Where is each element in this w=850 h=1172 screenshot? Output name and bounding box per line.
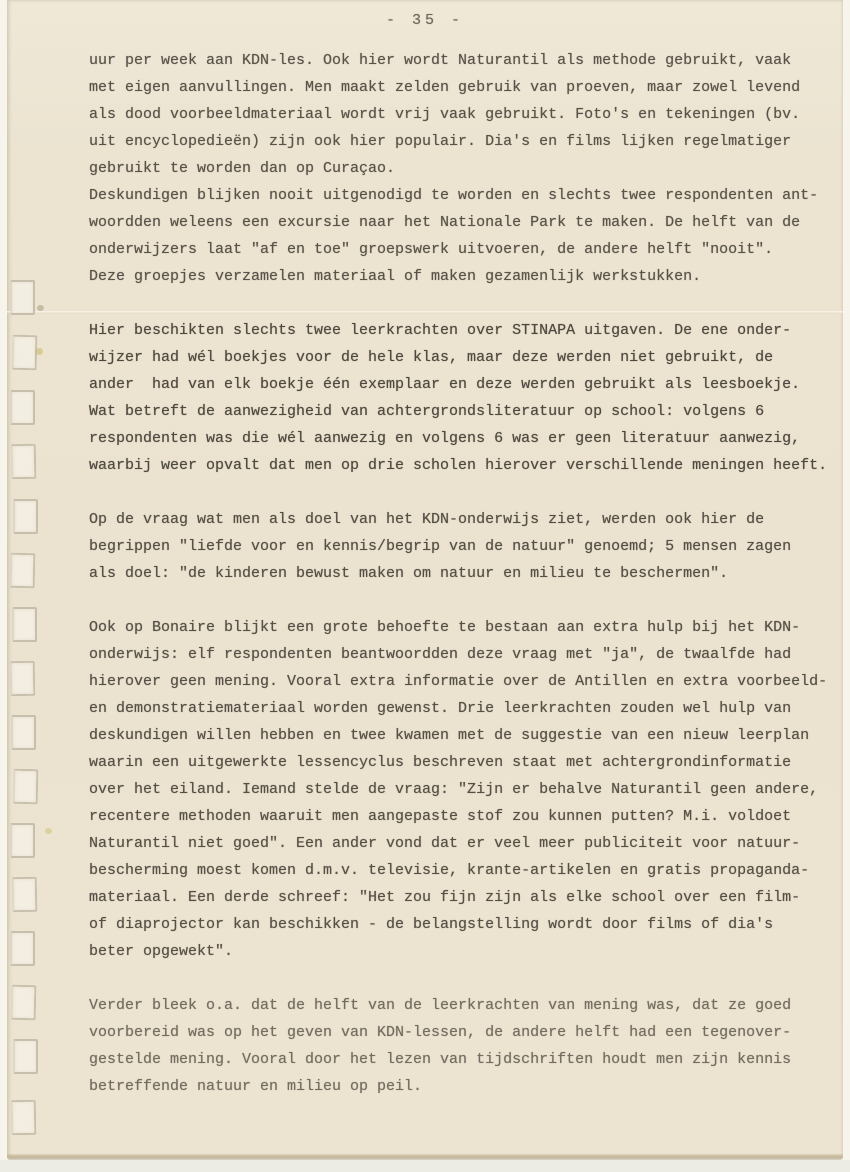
text-line: wijzer had wél boekjes voor de hele klas… (89, 344, 849, 371)
binding-hole (13, 499, 38, 534)
text-line: Naturantil niet goed". Een ander vond da… (89, 830, 849, 857)
text-line: als dood voorbeeldmateriaal wordt vrij v… (89, 101, 849, 128)
text-line: uit encyclopedieën) zijn ook hier popula… (89, 128, 849, 155)
paper-speck (102, 465, 106, 468)
binding-hole (10, 390, 35, 425)
paragraph: Ook op Bonaire blijkt een grote behoefte… (89, 614, 849, 965)
paper-sheet: - 35 - uur per week aan KDN-les. Ook hie… (7, 0, 843, 1157)
paragraph: uur per week aan KDN-les. Ook hier wordt… (89, 47, 849, 290)
binding-hole (10, 661, 36, 696)
paper-speck (37, 305, 44, 311)
paragraph: Verder bleek o.a. dat de helft van de le… (89, 992, 849, 1100)
text-line: onderwijzers laat "af en toe" groepswerk… (89, 236, 849, 263)
text-line: gestelde mening. Vooral door het lezen v… (89, 1046, 849, 1073)
binding-hole (10, 931, 35, 966)
binding-hole (13, 769, 39, 805)
binding-hole (10, 823, 35, 858)
paragraph: Hier beschikten slechts twee leerkrachte… (89, 317, 849, 479)
text-line: uur per week aan KDN-les. Ook hier wordt… (89, 47, 849, 74)
text-line: betreffende natuur en milieu op peil. (89, 1073, 849, 1100)
text-line: bescherming moest komen d.m.v. televisie… (89, 857, 849, 884)
binding-hole (12, 607, 37, 642)
binding-hole (11, 985, 37, 1021)
text-line: met eigen aanvullingen. Men maakt zelden… (89, 74, 849, 101)
binding-hole (10, 553, 36, 589)
text-line: als doel: "de kinderen bewust maken om n… (89, 560, 849, 587)
text-line: Op de vraag wat men als doel van het KDN… (89, 506, 849, 533)
binding-hole (10, 280, 35, 315)
paragraph: Op de vraag wat men als doel van het KDN… (89, 506, 849, 587)
scanner-background-strip (0, 1160, 850, 1172)
page-number: - 35 - (7, 12, 843, 29)
binding-hole (11, 715, 36, 750)
paper-speck (45, 828, 52, 834)
text-line: Deze groepjes verzamelen materiaal of ma… (89, 263, 849, 290)
paper-crease (7, 311, 843, 314)
text-line: beter opgewekt". (89, 938, 849, 965)
text-line: recentere methoden waaruit men aangepast… (89, 803, 849, 830)
text-line: Wat betreft de aanwezigheid van achtergr… (89, 398, 849, 425)
text-line: materiaal. Een derde schreef: "Het zou f… (89, 884, 849, 911)
text-line: ander had van elk boekje één exemplaar e… (89, 371, 849, 398)
binding-hole (13, 1039, 38, 1074)
text-line: hierover geen mening. Vooral extra infor… (89, 668, 849, 695)
text-line: Deskundigen blijken nooit uitgenodigd te… (89, 182, 849, 209)
text-line: gebruikt te worden dan op Curaçao. (89, 155, 849, 182)
text-line: begrippen "liefde voor en kennis/begrip … (89, 533, 849, 560)
paper-speck (36, 348, 43, 355)
text-line: over het eiland. Iemand stelde de vraag:… (89, 776, 849, 803)
text-line: of diaprojector kan beschikken - de bela… (89, 911, 849, 938)
binding-hole (11, 444, 37, 479)
scanned-document: - 35 - uur per week aan KDN-les. Ook hie… (0, 0, 850, 1172)
text-line: Ook op Bonaire blijkt een grote behoefte… (89, 614, 849, 641)
text-line: onderwijs: elf respondenten beantwoordde… (89, 641, 849, 668)
text-line: deskundigen willen hebben en twee kwamen… (89, 722, 849, 749)
binding-hole (11, 1100, 37, 1135)
text-line: waarbij weer opvalt dat men op drie scho… (89, 452, 849, 479)
text-line: Verder bleek o.a. dat de helft van de le… (89, 992, 849, 1019)
text-line: waarin een uitgewerkte lessencyclus besc… (89, 749, 849, 776)
text-block: uur per week aan KDN-les. Ook hier wordt… (89, 47, 849, 1127)
text-line: respondenten was die wél aanwezig en vol… (89, 425, 849, 452)
binding-hole (12, 877, 38, 912)
text-line: woordden weleens een excursie naar het N… (89, 209, 849, 236)
text-line: Hier beschikten slechts twee leerkrachte… (89, 317, 849, 344)
text-line: en demonstratiemateriaal worden gewenst.… (89, 695, 849, 722)
text-line: voorbereid was op het geven van KDN-less… (89, 1019, 849, 1046)
binding-hole (12, 335, 38, 371)
